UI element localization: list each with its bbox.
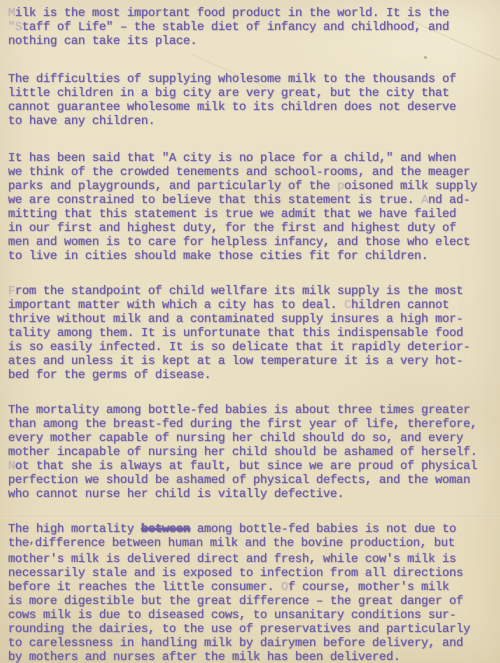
text-segment: to carelessness in handling milk by dair… xyxy=(8,636,463,650)
text-segment: p xyxy=(337,179,344,193)
text-segment: f course, mother's milk xyxy=(288,580,449,594)
text-line: tality among them. It is unfortunate tha… xyxy=(8,326,498,340)
text-segment: oisoned milk supply xyxy=(344,179,477,193)
paper-speck xyxy=(424,56,427,59)
text-segment: The difficulties of supplying wholesome … xyxy=(8,72,456,86)
text-line: we think of the crowded tenements and sc… xyxy=(8,165,498,179)
text-line: thrive without milk and a contaminated s… xyxy=(8,312,498,326)
paragraph-5: The mortality among bottle-fed babies is… xyxy=(8,403,498,501)
text-segment: ilk is the most important food product i… xyxy=(15,6,449,20)
text-line: to have any children. xyxy=(8,114,498,128)
text-line: The high mortality between among bottle-… xyxy=(8,522,498,536)
text-line: by mothers and nurses after the milk has… xyxy=(8,650,498,663)
text-segment: F xyxy=(8,284,15,298)
text-segment: rounding the dairies, to the use of pres… xyxy=(8,622,470,636)
text-line: mother's milk is delivered direct and fr… xyxy=(8,552,498,566)
text-segment: taff of Life" – the stable diet of infan… xyxy=(22,20,449,34)
text-segment: It has been said that "A city is no plac… xyxy=(8,151,456,165)
text-segment: N xyxy=(8,459,15,473)
text-line: than among the breast-fed during the fir… xyxy=(8,417,498,431)
text-segment: than among the breast-fed during the fir… xyxy=(8,417,477,431)
text-segment: to live in cities should make those citi… xyxy=(8,249,428,263)
text-segment: little children in a big city are very g… xyxy=(8,86,449,100)
text-segment: The mortality among bottle-fed babies is… xyxy=(8,403,470,417)
text-line: mitting that this statement is true we a… xyxy=(8,207,498,221)
text-segment: is more digestible but the great differe… xyxy=(8,594,463,608)
text-segment: The high mortality xyxy=(8,522,141,536)
text-segment: necessarily stale and is exposed to infe… xyxy=(8,566,463,580)
paper-speck xyxy=(246,159,249,162)
text-segment: mitting that this statement is true we a… xyxy=(8,207,456,221)
text-line: cows milk is due to diseased cows, to un… xyxy=(8,608,498,622)
paragraph-1: Milk is the most important food product … xyxy=(8,6,498,48)
text-segment: C xyxy=(344,298,351,312)
text-segment: "S xyxy=(8,20,22,34)
text-line: The difficulties of supplying wholesome … xyxy=(8,72,498,86)
text-line: the,difference between human milk and th… xyxy=(8,536,498,552)
text-segment: M xyxy=(8,6,15,20)
text-segment: thrive without milk and a contaminated s… xyxy=(8,312,463,326)
text-line: every mother capable of nursing her chil… xyxy=(8,431,498,445)
text-line: necessarily stale and is exposed to infe… xyxy=(8,566,498,580)
text-line: cannot guarantee wholesome milk to its c… xyxy=(8,100,498,114)
text-segment: among bottle-fed babies is not due to xyxy=(190,522,456,536)
text-line: is so easily infected. It is so delicate… xyxy=(8,340,498,354)
text-segment: to have any children. xyxy=(8,114,155,128)
text-line: before it reaches the little consumer. O… xyxy=(8,580,498,594)
text-line: Milk is the most important food product … xyxy=(8,6,498,20)
text-segment: the xyxy=(8,536,29,550)
text-line: men and women is to care for helpless in… xyxy=(8,235,498,249)
text-segment: is so easily infected. It is so delicate… xyxy=(8,340,470,354)
paragraph-2: The difficulties of supplying wholesome … xyxy=(8,72,498,128)
text-line: Not that she is always at fault, but sin… xyxy=(8,459,498,473)
text-line: perfection we should be ashamed of physi… xyxy=(8,473,498,487)
text-segment: nd ad- xyxy=(428,193,470,207)
text-segment: cows milk is due to diseased cows, to un… xyxy=(8,608,456,622)
text-segment: ates and unless it is kept at a low temp… xyxy=(8,354,463,368)
text-line: nothing can take its place. xyxy=(8,34,498,48)
text-line: From the standpoint of child wellfare it… xyxy=(8,284,498,298)
text-segment: difference between human milk and the bo… xyxy=(35,536,455,550)
text-segment: mother's milk is delivered direct and fr… xyxy=(8,552,456,566)
text-line: rounding the dairies, to the use of pres… xyxy=(8,622,498,636)
text-segment: hildren cannot xyxy=(351,298,449,312)
text-segment: in our first and highest duty, for the f… xyxy=(8,221,456,235)
text-segment: men and women is to care for helpless in… xyxy=(8,235,470,249)
text-line: The mortality among bottle-fed babies is… xyxy=(8,403,498,417)
struck-word: between xyxy=(141,522,190,536)
text-segment: mother incapable of nursing her child sh… xyxy=(8,445,477,459)
text-segment: ot that she is always at fault, but sinc… xyxy=(15,459,477,473)
text-line: bed for the germs of disease. xyxy=(8,368,498,382)
text-segment: every mother capable of nursing her chil… xyxy=(8,431,463,445)
text-line: It has been said that "A city is no plac… xyxy=(8,151,498,165)
document-page: Milk is the most important food product … xyxy=(0,0,500,663)
text-segment: A xyxy=(421,193,428,207)
text-line: important matter with which a city has t… xyxy=(8,298,498,312)
text-segment: we think of the crowded tenements and sc… xyxy=(8,165,470,179)
text-segment: important matter with which a city has t… xyxy=(8,298,344,312)
text-line: is more digestible but the great differe… xyxy=(8,594,498,608)
text-segment: , xyxy=(29,536,35,547)
text-segment: we are constrained to believe that this … xyxy=(8,193,421,207)
paragraph-4: From the standpoint of child wellfare it… xyxy=(8,284,498,382)
text-line: ates and unless it is kept at a low temp… xyxy=(8,354,498,368)
text-line: in our first and highest duty, for the f… xyxy=(8,221,498,235)
text-line: "Staff of Life" – the stable diet of inf… xyxy=(8,20,498,34)
paragraph-6: The high mortality between among bottle-… xyxy=(8,522,498,663)
text-line: parks and playgrounds, and particularly … xyxy=(8,179,498,193)
text-segment: perfection we should be ashamed of physi… xyxy=(8,473,470,487)
text-segment: cannot guarantee wholesome milk to its c… xyxy=(8,100,456,114)
text-segment: O xyxy=(281,580,288,594)
text-line: to carelessness in handling milk by dair… xyxy=(8,636,498,650)
text-segment: tality among them. It is unfortunate tha… xyxy=(8,326,463,340)
text-segment: nothing can take its place. xyxy=(8,34,197,48)
text-line: little children in a big city are very g… xyxy=(8,86,498,100)
paragraph-3: It has been said that "A city is no plac… xyxy=(8,151,498,263)
text-line: mother incapable of nursing her child sh… xyxy=(8,445,498,459)
text-segment: before it reaches the little consumer. xyxy=(8,580,281,594)
text-line: to live in cities should make those citi… xyxy=(8,249,498,263)
text-segment: by mothers and nurses after the milk has… xyxy=(8,650,400,663)
text-segment: rom the standpoint of child wellfare its… xyxy=(15,284,463,298)
text-line: we are constrained to believe that this … xyxy=(8,193,498,207)
text-segment: parks and playgrounds, and particularly … xyxy=(8,179,337,193)
text-segment: who cannot nurse her child is vitally de… xyxy=(8,487,344,501)
text-segment: bed for the germs of disease. xyxy=(8,368,211,382)
text-line: who cannot nurse her child is vitally de… xyxy=(8,487,498,501)
